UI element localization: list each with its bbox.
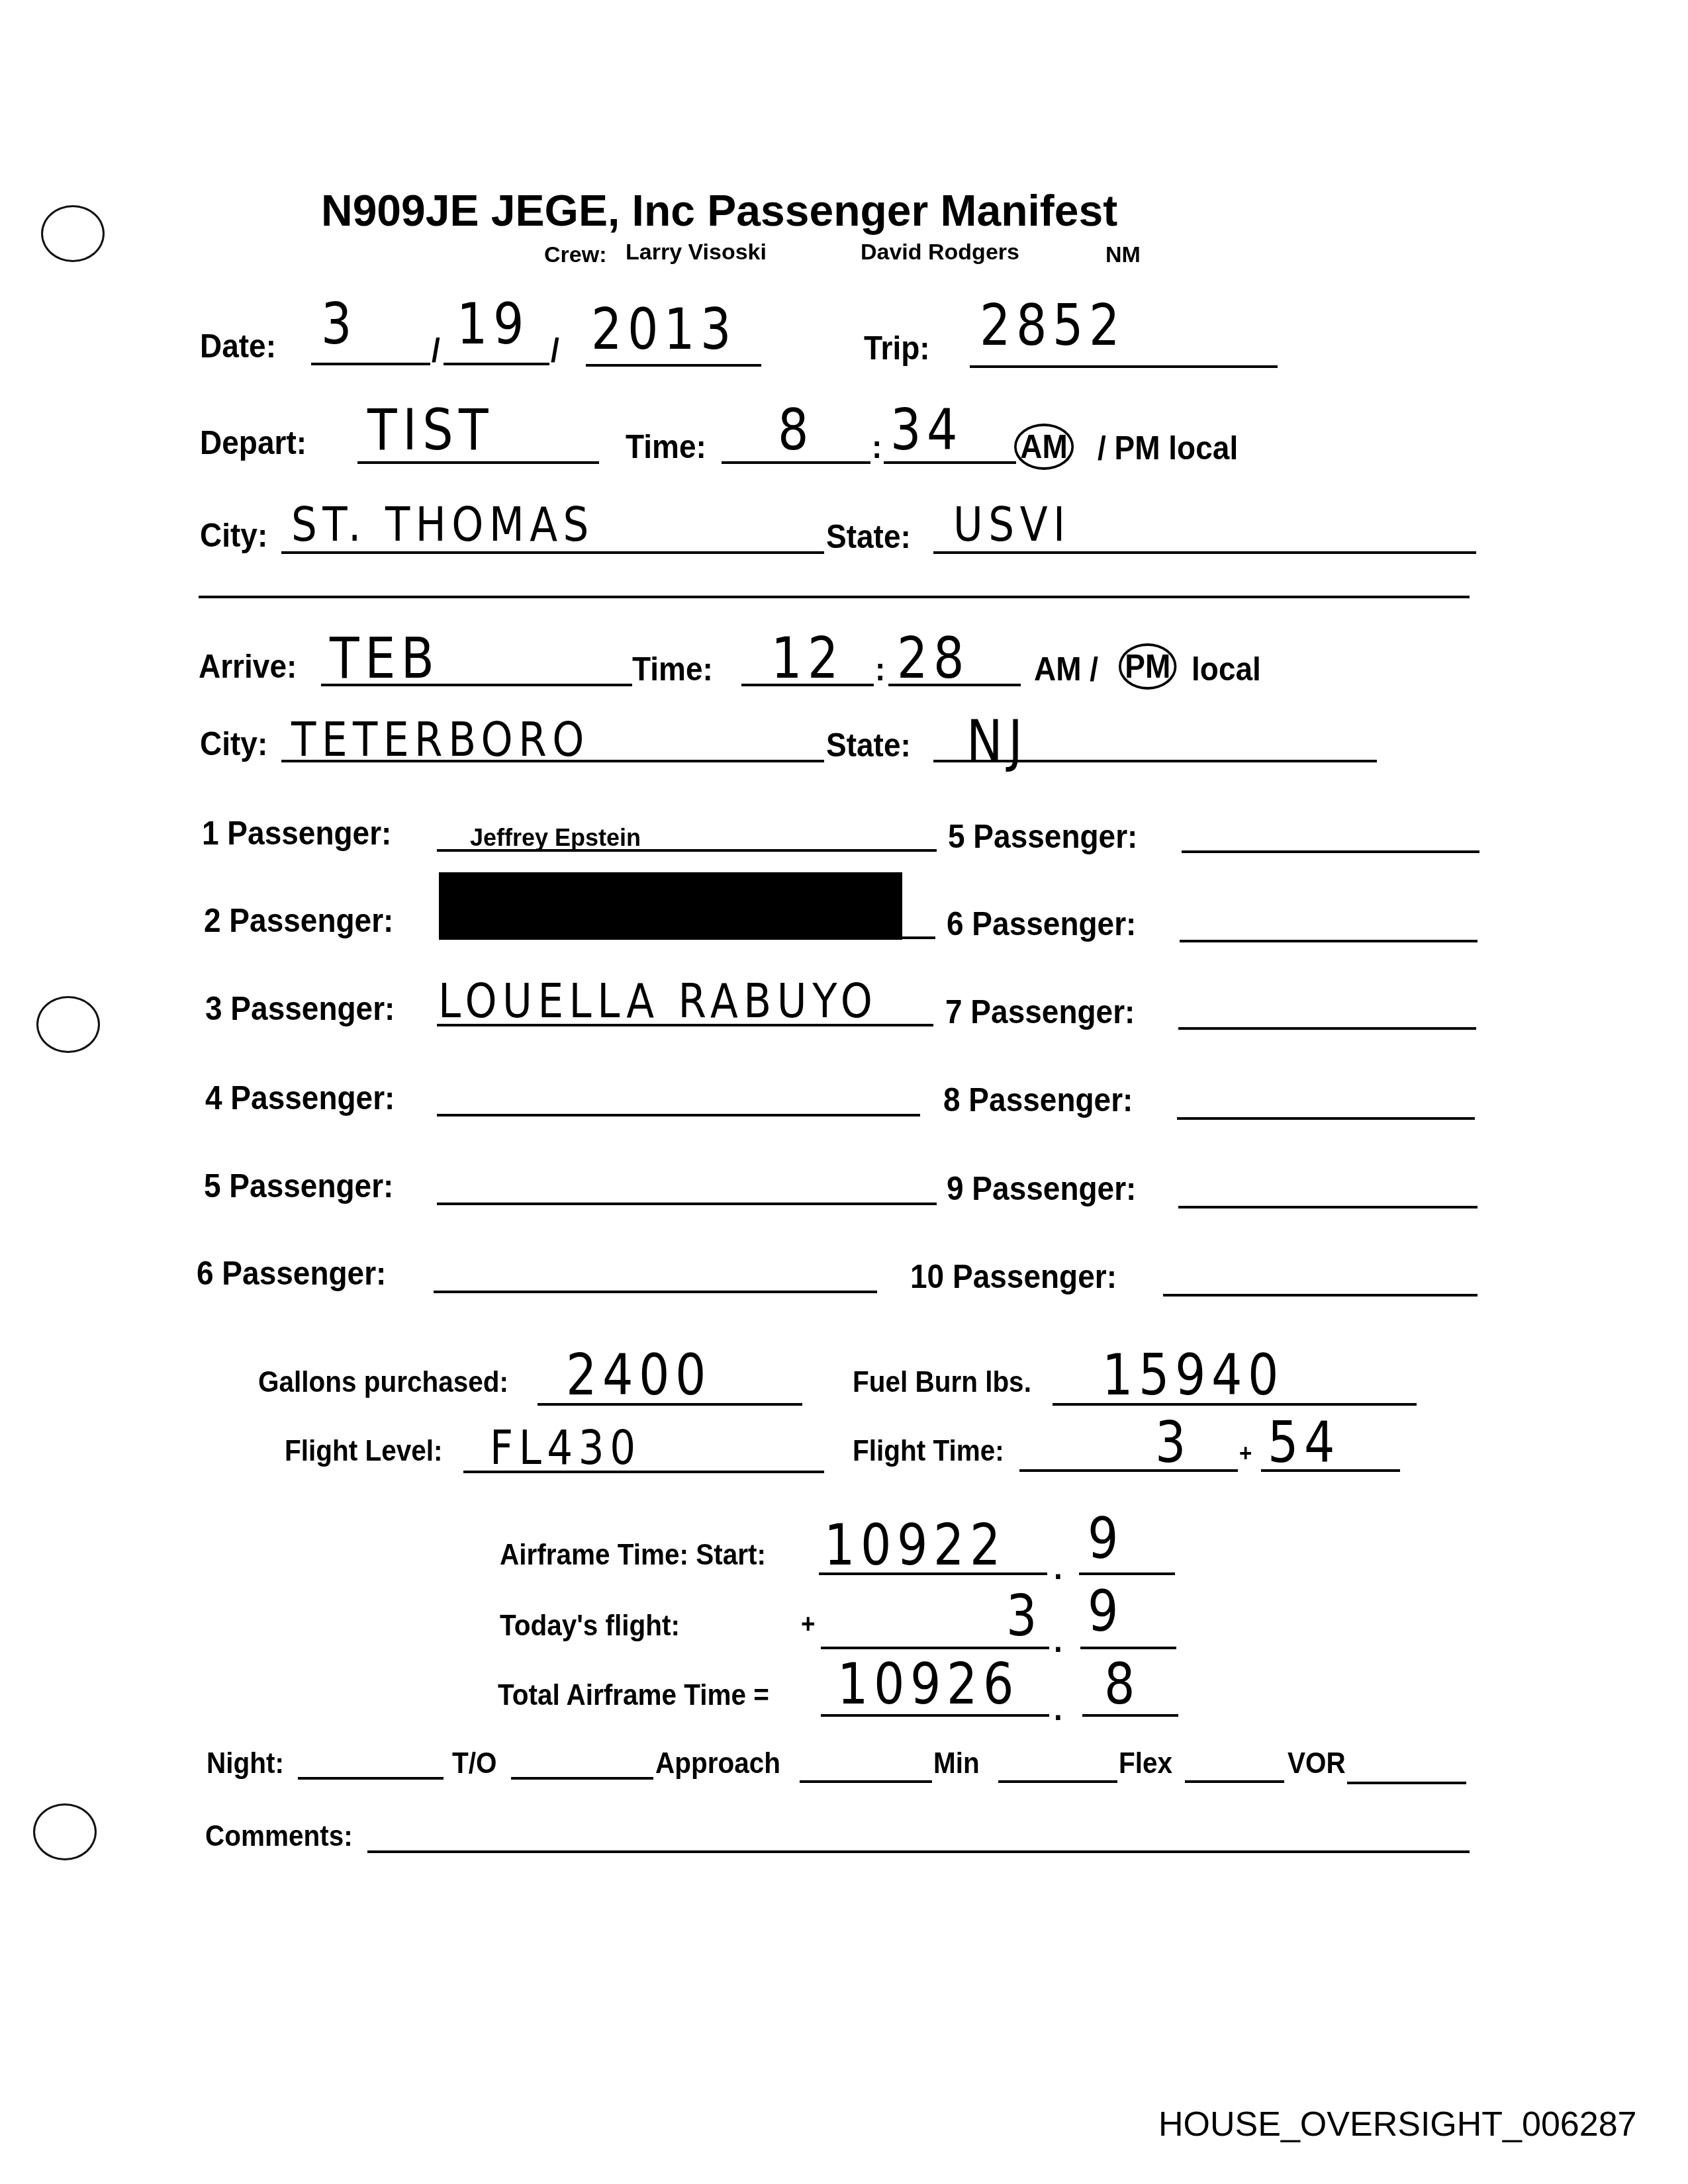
to-label: T/O xyxy=(452,1747,496,1780)
passenger-5-right-line xyxy=(1182,850,1479,853)
arrive-minute-value[interactable]: 28 xyxy=(897,625,970,692)
approach-line xyxy=(800,1780,932,1783)
page-title: N909JE JEGE, Inc Passenger Manifest xyxy=(321,185,1117,236)
date-day-value[interactable]: 19 xyxy=(457,291,530,357)
depart-minute-line xyxy=(884,461,1016,464)
depart-state-value[interactable]: USVI xyxy=(953,496,1071,552)
arrive-am-option[interactable]: AM / xyxy=(1034,650,1098,688)
night-label: Night: xyxy=(207,1747,284,1780)
depart-state-line xyxy=(933,551,1476,554)
arrive-city-label: City: xyxy=(200,725,267,763)
arrive-local-label: local xyxy=(1192,650,1261,688)
total-airframe-tenths[interactable]: 8 xyxy=(1104,1651,1141,1717)
arrive-airport-value[interactable]: TEB xyxy=(330,625,440,692)
arrive-city-value[interactable]: TETERBORO xyxy=(291,711,590,767)
depart-city-value[interactable]: ST. THOMAS xyxy=(291,496,594,552)
arrive-state-value[interactable]: NJ xyxy=(966,708,1028,774)
arrive-minute-line xyxy=(888,684,1021,686)
passenger-7-label: 7 Passenger: xyxy=(945,993,1135,1031)
passenger-7-line xyxy=(1178,1027,1476,1030)
today-flight-label: Today's flight: xyxy=(500,1610,680,1643)
date-month-line xyxy=(311,363,430,365)
airframe-start-tenths-line xyxy=(1079,1572,1175,1575)
comments-label: Comments: xyxy=(205,1820,353,1853)
today-flight-tenths[interactable]: 9 xyxy=(1088,1578,1124,1645)
fuel-burn-label: Fuel Burn lbs. xyxy=(853,1366,1031,1399)
flight-time-label: Flight Time: xyxy=(853,1435,1004,1468)
depart-hour-line xyxy=(722,461,870,464)
date-slash-2: / xyxy=(551,331,559,369)
crew-label: Crew: xyxy=(544,242,606,268)
passenger-3-line xyxy=(437,1024,933,1026)
passenger-4-line xyxy=(437,1114,920,1116)
passenger-4-label: 4 Passenger: xyxy=(205,1079,395,1117)
arrive-state-line xyxy=(933,760,1377,762)
passenger-5-left-line xyxy=(437,1203,937,1205)
total-airframe-whole[interactable]: 10926 xyxy=(837,1651,1019,1717)
flight-level-label: Flight Level: xyxy=(285,1435,442,1468)
airframe-start-label: Airframe Time: Start: xyxy=(500,1539,766,1572)
depart-airport-value[interactable]: TIST xyxy=(367,397,494,463)
flight-level-value[interactable]: FL430 xyxy=(490,1420,641,1475)
trip-number-value[interactable]: 2852 xyxy=(980,293,1125,359)
arrive-pm-option[interactable]: PM xyxy=(1119,643,1176,690)
today-flight-whole[interactable]: 3 xyxy=(1006,1583,1043,1649)
depart-am-circled: AM xyxy=(1014,424,1074,470)
passenger-10-line xyxy=(1163,1294,1477,1297)
vor-label: VOR xyxy=(1288,1747,1346,1780)
fuel-burn-value[interactable]: 15940 xyxy=(1102,1342,1284,1408)
night-line xyxy=(298,1777,444,1780)
arrive-time-colon: : xyxy=(875,650,885,688)
passenger-9-line xyxy=(1178,1206,1477,1208)
total-airframe-dot: . xyxy=(1054,1690,1062,1728)
flight-time-minutes[interactable]: 54 xyxy=(1268,1410,1340,1476)
gallons-label: Gallons purchased: xyxy=(258,1366,508,1399)
airframe-start-whole-line xyxy=(819,1572,1047,1575)
passenger-3-name[interactable]: LOUELLA RABUYO xyxy=(438,973,878,1028)
today-flight-tenths-line xyxy=(1080,1647,1176,1649)
passenger-6-left-label: 6 Passenger: xyxy=(197,1254,386,1293)
flight-time-hours-line xyxy=(1019,1469,1238,1472)
section-divider xyxy=(199,596,1470,598)
gallons-line xyxy=(538,1403,802,1406)
total-airframe-whole-line xyxy=(821,1714,1049,1717)
airframe-start-whole[interactable]: 10922 xyxy=(824,1512,1006,1578)
passenger-1-line xyxy=(437,849,937,852)
to-line xyxy=(511,1777,653,1780)
date-label: Date: xyxy=(200,327,276,365)
arrive-pm-circled: PM xyxy=(1119,643,1176,690)
trip-label: Trip: xyxy=(864,329,930,367)
vor-line xyxy=(1347,1782,1466,1784)
depart-time-label: Time: xyxy=(626,428,706,466)
flex-label: Flex xyxy=(1119,1747,1172,1780)
arrive-city-line xyxy=(281,760,824,762)
passenger-6-right-line xyxy=(1180,940,1477,942)
arrive-state-label: State: xyxy=(826,726,911,764)
fuel-burn-line xyxy=(1053,1403,1417,1406)
depart-line xyxy=(357,461,599,464)
date-slash-1: / xyxy=(432,331,440,369)
passenger-6-left-line xyxy=(434,1291,877,1293)
passenger-1-label: 1 Passenger: xyxy=(202,814,391,852)
passenger-5-right-label: 5 Passenger: xyxy=(948,817,1137,856)
arrive-line xyxy=(321,684,632,686)
total-airframe-label: Total Airframe Time = xyxy=(498,1679,769,1712)
passenger-6-right-label: 6 Passenger: xyxy=(947,905,1136,943)
crew-member-3: NM xyxy=(1105,242,1141,268)
passenger-5-left-label: 5 Passenger: xyxy=(204,1167,393,1205)
min-line xyxy=(998,1780,1117,1783)
depart-minute-value[interactable]: 34 xyxy=(890,397,963,463)
depart-city-line xyxy=(281,551,824,554)
passenger-1-name[interactable]: Jeffrey Epstein xyxy=(470,824,641,852)
passenger-8-line xyxy=(1177,1117,1475,1120)
passenger-2-label: 2 Passenger: xyxy=(204,901,393,940)
crew-member-2: David Rodgers xyxy=(861,240,1019,265)
bates-number: HOUSE_OVERSIGHT_006287 xyxy=(1158,2105,1637,2144)
passenger-3-label: 3 Passenger: xyxy=(205,989,395,1028)
airframe-start-tenths[interactable]: 9 xyxy=(1088,1506,1124,1572)
depart-city-label: City: xyxy=(200,516,267,555)
passenger-10-label: 10 Passenger: xyxy=(910,1257,1117,1296)
arrive-hour-line xyxy=(741,684,874,686)
binder-hole-middle xyxy=(36,996,100,1053)
depart-hour-value[interactable]: 8 xyxy=(778,397,814,463)
depart-state-label: State: xyxy=(826,518,911,556)
passenger-2-line xyxy=(902,936,935,939)
date-year-line xyxy=(586,364,761,367)
depart-pm-option[interactable]: / PM local xyxy=(1098,429,1238,467)
approach-label: Approach xyxy=(655,1747,780,1780)
crew-member-1: Larry Visoski xyxy=(626,240,767,265)
flight-level-line xyxy=(463,1471,824,1473)
airframe-start-dot: . xyxy=(1054,1549,1062,1587)
arrive-hour-value[interactable]: 12 xyxy=(771,625,844,692)
flight-time-separator: + xyxy=(1239,1439,1252,1467)
today-flight-dot: . xyxy=(1054,1621,1062,1660)
date-month-value[interactable]: 3 xyxy=(321,291,357,357)
passenger-8-label: 8 Passenger: xyxy=(943,1081,1133,1119)
passenger-2-redaction xyxy=(439,872,902,940)
trip-line xyxy=(970,365,1278,368)
total-airframe-tenths-line xyxy=(1082,1714,1178,1717)
gallons-value[interactable]: 2400 xyxy=(566,1342,712,1408)
flight-time-hours[interactable]: 3 xyxy=(1155,1410,1192,1476)
today-flight-whole-line xyxy=(821,1647,1049,1649)
binder-hole-bottom xyxy=(33,1803,97,1860)
today-flight-plus: + xyxy=(801,1610,815,1639)
date-day-line xyxy=(444,363,549,365)
arrive-time-label: Time: xyxy=(632,650,713,688)
binder-hole-top xyxy=(41,205,105,262)
arrive-label: Arrive: xyxy=(199,647,297,686)
comments-line xyxy=(367,1850,1470,1853)
depart-label: Depart: xyxy=(200,424,306,462)
date-year-value[interactable]: 2013 xyxy=(591,296,737,363)
depart-time-colon: : xyxy=(872,428,882,466)
flex-line xyxy=(1185,1780,1284,1783)
flight-time-minutes-line xyxy=(1261,1469,1400,1472)
min-label: Min xyxy=(933,1747,980,1780)
passenger-9-label: 9 Passenger: xyxy=(947,1169,1136,1208)
depart-am-option[interactable]: AM xyxy=(1014,424,1074,470)
